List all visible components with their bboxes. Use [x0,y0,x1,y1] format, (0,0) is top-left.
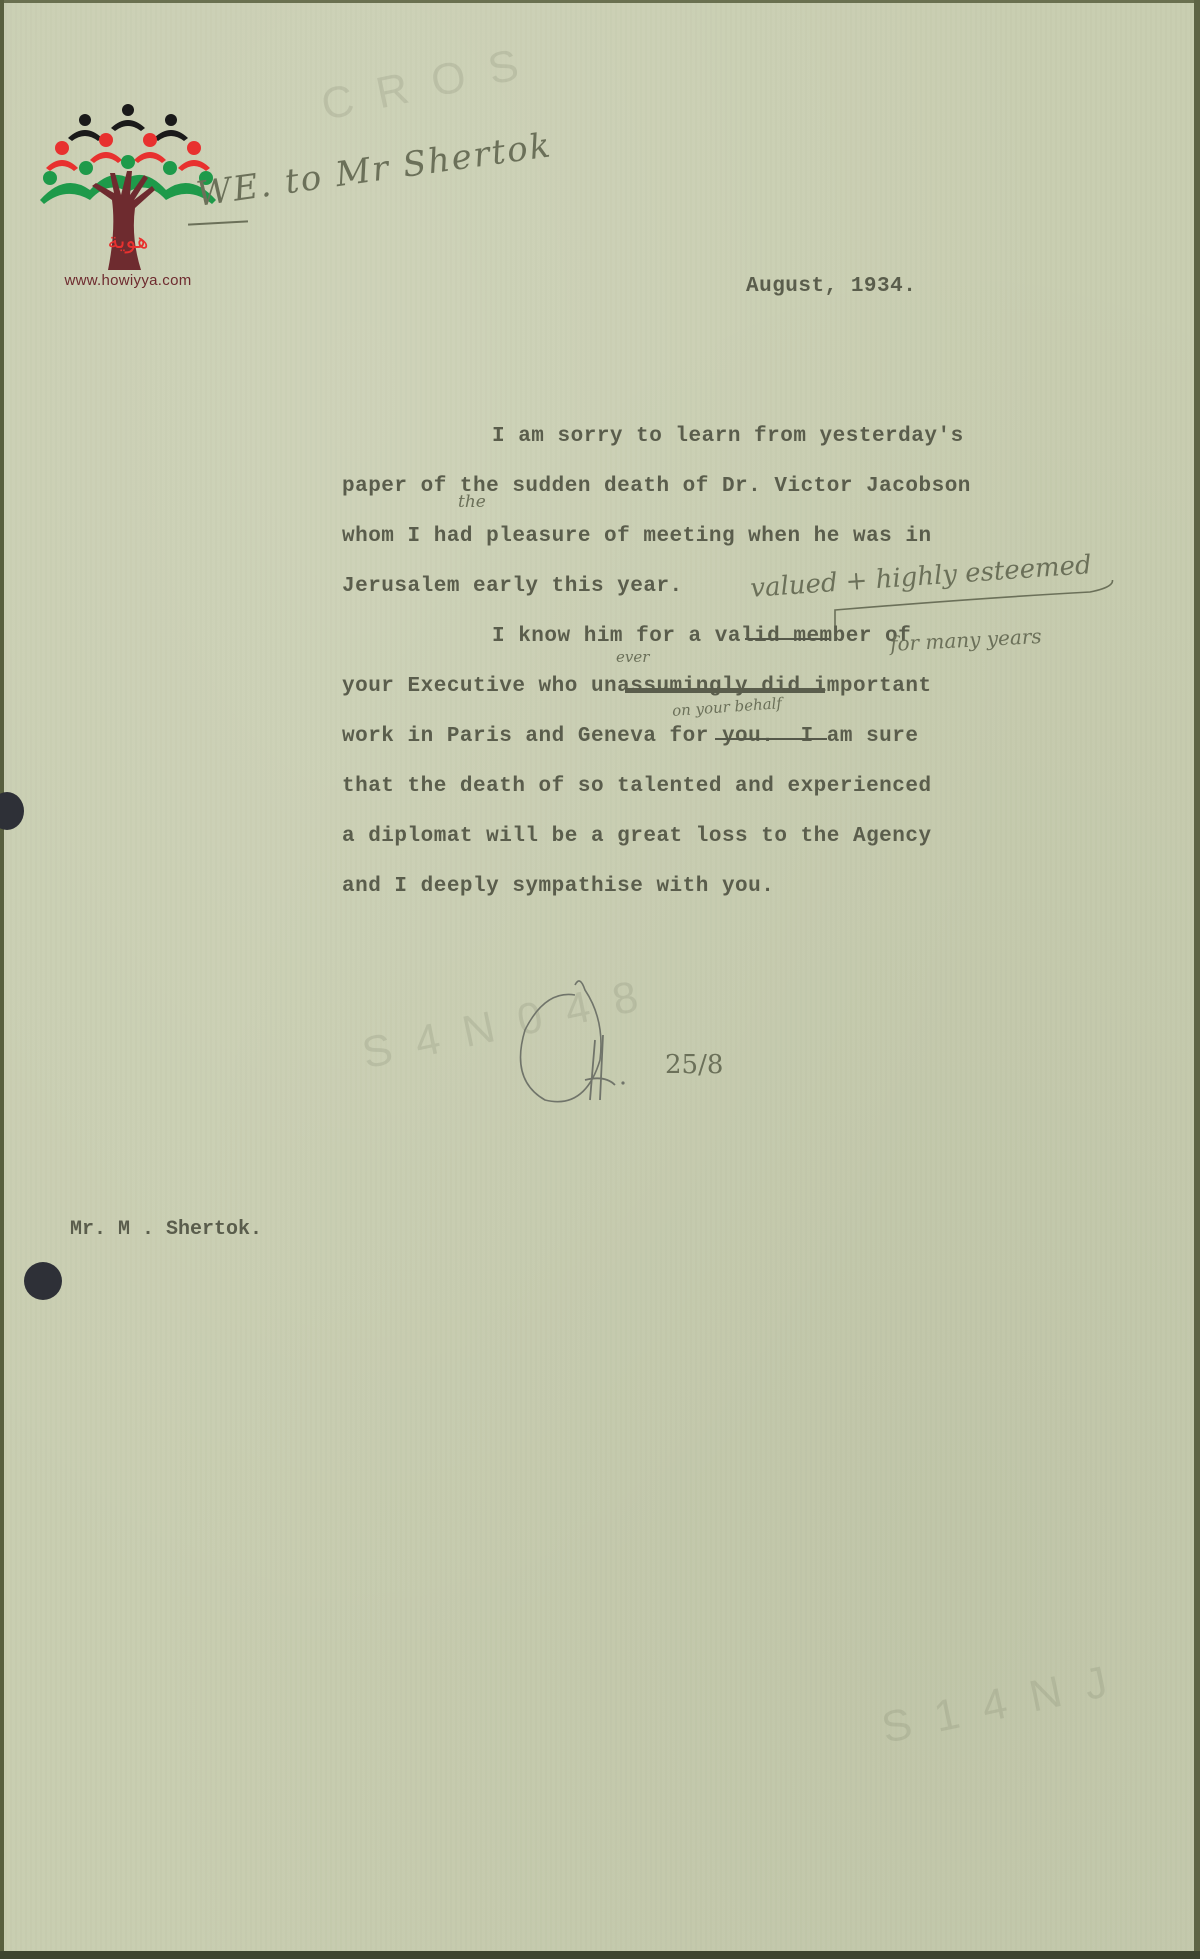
handwritten-routing-note: WE. to Mr Shertok [194,125,555,215]
handwritten-edit: on your behalf [672,694,783,720]
logo-arabic-text: هوية [108,229,149,254]
page-edge-right [1194,0,1200,1959]
faded-archive-stamp: S 1 4 N J [877,1656,1117,1754]
handwritten-edit: ever [616,648,649,666]
letter-line: your Executive who unassumingly did impo… [342,675,932,698]
faded-archive-stamp: C R O S [317,39,529,131]
page-edge-bottom [0,1951,1200,1959]
addressee: Mr. M . Shertok. [70,1218,262,1241]
howiyya-tree-logo-icon: هوية [38,100,218,270]
handwritten-edit: the [458,492,486,512]
page-edge-left [0,0,4,1959]
letter-line: and I deeply sympathise with you. [342,875,774,898]
document-page: C R O S S 4 N 0 4 8 S 1 4 N J [0,0,1200,1959]
signature-date: 25/8 [665,1050,723,1080]
signature: 25/8 [505,970,765,1140]
page-edge-top [0,0,1200,3]
letter-line: paper of the sudden death of Dr. Victor … [342,475,971,498]
strikethrough-mark [745,638,829,640]
logo-url[interactable]: www.howiyya.com [38,272,218,289]
letter-line: I know him for a valid member of [492,625,911,648]
letter-line: that the death of so talented and experi… [342,775,932,798]
letter-date: August, 1934. [746,275,916,298]
punch-hole [0,792,24,830]
letter-line: Jerusalem early this year. [342,575,683,598]
letter-line: I am sorry to learn from yesterday's [492,425,964,448]
letter-line: work in Paris and Geneva for you. I am s… [342,725,919,748]
strikethrough-mark [625,688,825,693]
letter-line: whom I had pleasure of meeting when he w… [342,525,932,548]
punch-hole [24,1262,62,1300]
strikethrough-mark [715,738,827,740]
letter-line: a diplomat will be a great loss to the A… [342,825,932,848]
howiyya-logo[interactable]: هوية www.howiyya.com [38,100,218,295]
signature-scribble-icon [505,970,765,1140]
